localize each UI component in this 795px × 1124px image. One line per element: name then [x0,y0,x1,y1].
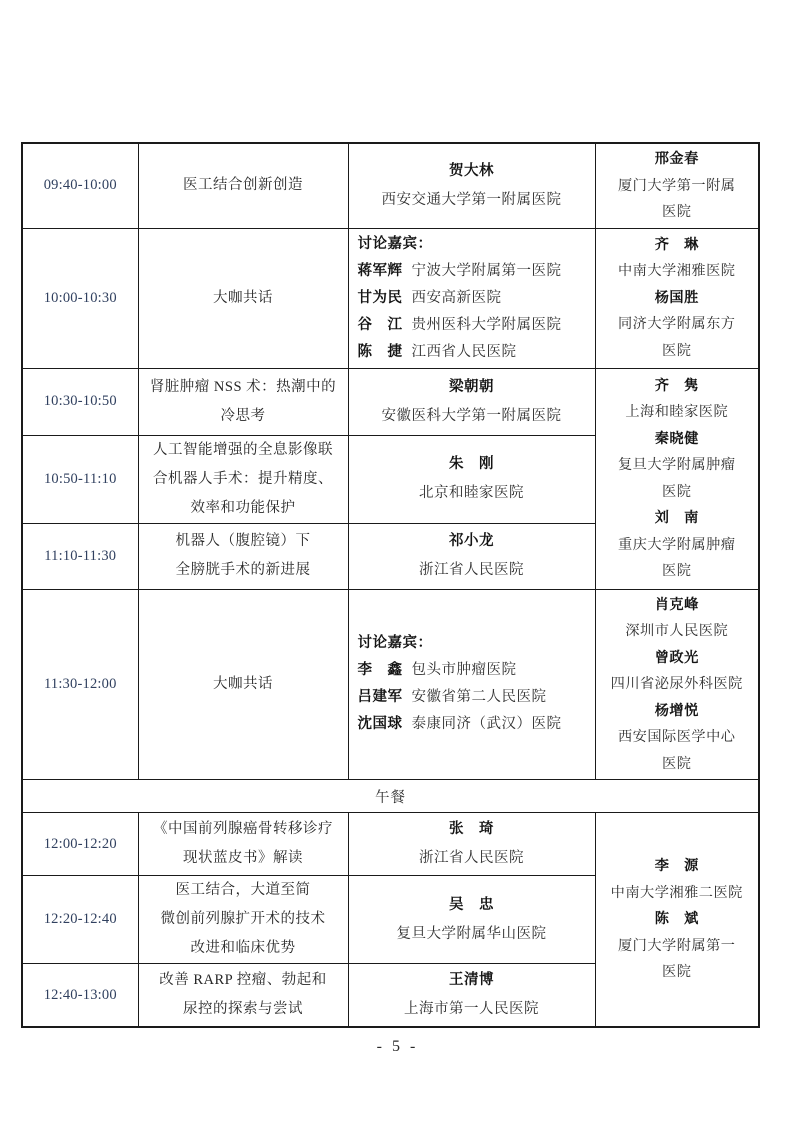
speaker-hospital: 浙江省人民医院 [353,556,591,585]
speaker-hospital: 西安交通大学第一附属医院 [353,186,591,215]
moderator-hospital: 医院 [602,479,753,506]
guest-name: 蒋军辉 [358,263,403,279]
time-cell: 10:50-11:10 [22,435,138,523]
discussion-guests-cell: 讨论嘉宾： 李 鑫包头市肿瘤医院 吕建军安徽省第二人民医院 沈国球泰康同济（武汉… [348,589,595,780]
speaker-cell: 张 琦 浙江省人民医院 [348,813,595,876]
session-row: 11:30-12:00 大咖共话 讨论嘉宾： 李 鑫包头市肿瘤医院 吕建军安徽省… [22,589,759,780]
session-row: 09:40-10:00 医工结合创新创造 贺大林 西安交通大学第一附属医院 邢金… [22,143,759,228]
moderator-cell: 邢金春 厦门大学第一附属 医院 [595,143,759,228]
moderator-cell: 肖克峰 深圳市人民医院 曾政光 四川省泌尿外科医院 杨增悦 西安国际医学中心 医… [595,589,759,780]
guest-entry: 陈 捷江西省人民医院 [358,339,591,366]
moderator-name: 杨国胜 [602,285,753,312]
topic-cell: 《中国前列腺癌骨转移诊疗 现状蓝皮书》解读 [138,813,348,876]
speaker-name: 梁朝朝 [353,373,591,402]
topic-cell: 人工智能增强的全息影像联 合机器人手术：提升精度、 效率和功能保护 [138,435,348,523]
moderator-hospital: 西安国际医学中心 [602,724,753,751]
moderator-hospital: 医院 [602,751,753,778]
topic-cell: 医工结合，大道至简 微创前列腺扩开术的技术 改进和临床优势 [138,876,348,964]
speaker-hospital: 北京和睦家医院 [353,479,591,508]
topic-line: 医工结合创新创造 [144,171,343,200]
topic-line: 全膀胱手术的新进展 [144,556,343,585]
guest-entry: 谷 江贵州医科大学附属医院 [358,312,591,339]
topic-line: 冷思考 [144,402,343,431]
topic-line: 改进和临床优势 [144,934,343,963]
time-cell: 11:30-12:00 [22,589,138,780]
speaker-name: 贺大林 [353,157,591,186]
topic-cell: 大咖共话 [138,228,348,368]
speaker-cell: 吴 忠 复旦大学附属华山医院 [348,876,595,964]
speaker-cell: 贺大林 西安交通大学第一附属医院 [348,143,595,228]
moderator-hospital: 厦门大学附属第一 [602,933,753,960]
guest-hospital: 江西省人民医院 [412,344,517,360]
lunch-row: 午餐 [22,780,759,813]
topic-line: 合机器人手术：提升精度、 [144,465,343,494]
session-row: 10:00-10:30 大咖共话 讨论嘉宾： 蒋军辉宁波大学附属第一医院 甘为民… [22,228,759,368]
moderator-name: 曾政光 [602,645,753,672]
moderator-hospital: 厦门大学第一附属 [602,173,753,200]
topic-line: 现状蓝皮书》解读 [144,844,343,873]
guest-name: 吕建军 [358,689,403,705]
moderator-name: 邢金春 [602,146,753,173]
guest-name: 李 鑫 [358,662,403,678]
guests-heading: 讨论嘉宾： [358,231,591,258]
guest-hospital: 贵州医科大学附属医院 [412,317,562,333]
topic-line: 《中国前列腺癌骨转移诊疗 [144,815,343,844]
session-row: 10:30-10:50 肾脏肿瘤 NSS 术：热潮中的 冷思考 梁朝朝 安徽医科… [22,368,759,435]
speaker-name: 王清博 [353,966,591,995]
topic-line: 肾脏肿瘤 NSS 术：热潮中的 [144,373,343,402]
conference-schedule-table: 09:40-10:00 医工结合创新创造 贺大林 西安交通大学第一附属医院 邢金… [21,142,760,1028]
topic-cell: 改善 RARP 控瘤、勃起和 尿控的探索与尝试 [138,964,348,1028]
topic-line: 尿控的探索与尝试 [144,995,343,1024]
guest-name: 甘为民 [358,290,403,306]
speaker-hospital: 安徽医科大学第一附属医院 [353,402,591,431]
time-cell: 10:30-10:50 [22,368,138,435]
topic-line: 大咖共话 [144,284,343,313]
topic-line: 大咖共话 [144,670,343,699]
discussion-guests-cell: 讨论嘉宾： 蒋军辉宁波大学附属第一医院 甘为民西安高新医院 谷 江贵州医科大学附… [348,228,595,368]
moderator-hospital: 复旦大学附属肿瘤 [602,452,753,479]
speaker-hospital: 上海市第一人民医院 [353,995,591,1024]
guest-hospital: 泰康同济（武汉）医院 [412,716,562,732]
topic-line: 效率和功能保护 [144,494,343,523]
topic-cell: 肾脏肿瘤 NSS 术：热潮中的 冷思考 [138,368,348,435]
moderator-hospital: 同济大学附属东方 [602,311,753,338]
moderator-cell-merged: 齐 隽 上海和睦家医院 秦晓健 复旦大学附属肿瘤 医院 刘 南 重庆大学附属肿瘤… [595,368,759,589]
guest-entry: 蒋军辉宁波大学附属第一医院 [358,258,591,285]
topic-line: 人工智能增强的全息影像联 [144,436,343,465]
guest-entry: 甘为民西安高新医院 [358,285,591,312]
guest-hospital: 西安高新医院 [412,290,502,306]
moderator-name: 杨增悦 [602,698,753,725]
moderator-hospital: 四川省泌尿外科医院 [602,671,753,698]
moderator-hospital: 医院 [602,199,753,226]
moderator-hospital: 医院 [602,959,753,986]
guest-entry: 沈国球泰康同济（武汉）医院 [358,711,591,738]
topic-cell: 大咖共话 [138,589,348,780]
speaker-hospital: 复旦大学附属华山医院 [353,920,591,949]
moderator-hospital: 重庆大学附属肿瘤 [602,532,753,559]
moderator-cell: 齐 琳 中南大学湘雅医院 杨国胜 同济大学附属东方 医院 [595,228,759,368]
moderator-name: 陈 斌 [602,906,753,933]
document-page: 09:40-10:00 医工结合创新创造 贺大林 西安交通大学第一附属医院 邢金… [0,0,795,1124]
speaker-cell: 王清博 上海市第一人民医院 [348,964,595,1028]
moderator-name: 肖克峰 [602,592,753,619]
guest-name: 沈国球 [358,716,403,732]
moderator-cell-merged: 李 源 中南大学湘雅二医院 陈 斌 厦门大学附属第一 医院 [595,813,759,1028]
guests-heading: 讨论嘉宾： [358,630,591,657]
topic-line: 改善 RARP 控瘤、勃起和 [144,966,343,995]
time-cell: 12:00-12:20 [22,813,138,876]
session-row: 12:00-12:20 《中国前列腺癌骨转移诊疗 现状蓝皮书》解读 张 琦 浙江… [22,813,759,876]
time-cell: 12:20-12:40 [22,876,138,964]
guest-entry: 吕建军安徽省第二人民医院 [358,684,591,711]
topic-cell: 医工结合创新创造 [138,143,348,228]
speaker-name: 张 琦 [353,815,591,844]
page-number: - 5 - [0,1038,795,1056]
guest-hospital: 包头市肿瘤医院 [412,662,517,678]
lunch-cell: 午餐 [22,780,759,813]
speaker-name: 祁小龙 [353,527,591,556]
moderator-name: 齐 琳 [602,232,753,259]
speaker-name: 吴 忠 [353,891,591,920]
topic-line: 机器人（腹腔镜）下 [144,527,343,556]
moderator-hospital: 医院 [602,338,753,365]
guest-hospital: 宁波大学附属第一医院 [412,263,562,279]
time-cell: 10:00-10:30 [22,228,138,368]
moderator-name: 刘 南 [602,505,753,532]
moderator-name: 齐 隽 [602,373,753,400]
topic-cell: 机器人（腹腔镜）下 全膀胱手术的新进展 [138,523,348,589]
speaker-name: 朱 刚 [353,450,591,479]
moderator-hospital: 深圳市人民医院 [602,618,753,645]
time-cell: 11:10-11:30 [22,523,138,589]
speaker-cell: 朱 刚 北京和睦家医院 [348,435,595,523]
speaker-cell: 祁小龙 浙江省人民医院 [348,523,595,589]
moderator-name: 秦晓健 [602,426,753,453]
topic-line: 微创前列腺扩开术的技术 [144,905,343,934]
moderator-hospital: 上海和睦家医院 [602,399,753,426]
topic-line: 医工结合，大道至简 [144,876,343,905]
guest-name: 谷 江 [358,317,403,333]
speaker-hospital: 浙江省人民医院 [353,844,591,873]
guest-name: 陈 捷 [358,344,403,360]
moderator-name: 李 源 [602,853,753,880]
time-cell: 09:40-10:00 [22,143,138,228]
guest-entry: 李 鑫包头市肿瘤医院 [358,657,591,684]
moderator-hospital: 医院 [602,558,753,585]
speaker-cell: 梁朝朝 安徽医科大学第一附属医院 [348,368,595,435]
guest-hospital: 安徽省第二人民医院 [412,689,547,705]
moderator-hospital: 中南大学湘雅医院 [602,258,753,285]
time-cell: 12:40-13:00 [22,964,138,1028]
moderator-hospital: 中南大学湘雅二医院 [602,880,753,907]
